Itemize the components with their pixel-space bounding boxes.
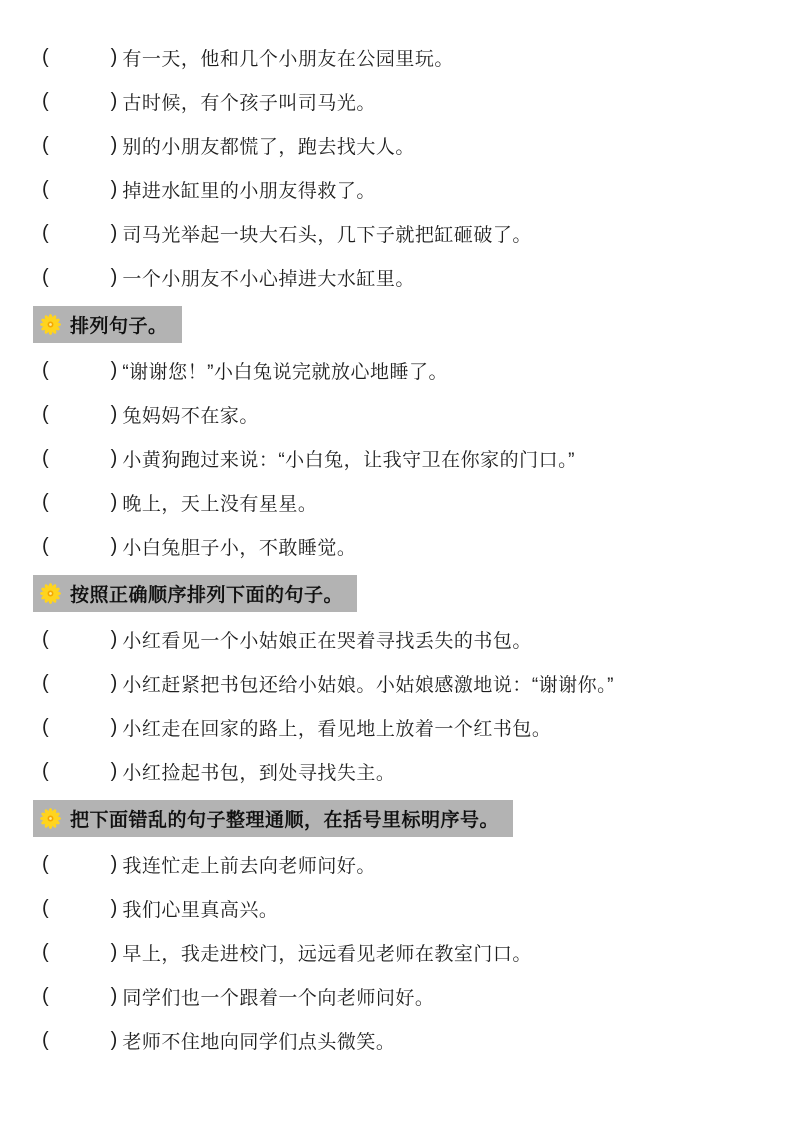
open-paren: ( bbox=[42, 941, 49, 964]
answer-blank bbox=[49, 524, 111, 568]
sentence-text: 小黄狗跑过来说：“小白兔，让我守卫在你家的门口。” bbox=[122, 445, 575, 472]
close-paren: ) bbox=[111, 134, 118, 157]
close-paren: ) bbox=[111, 672, 118, 695]
answer-blank bbox=[49, 617, 111, 661]
answer-blank bbox=[49, 211, 111, 255]
answer-blank bbox=[49, 1018, 111, 1062]
sentence-row: ()小红赶紧把书包还给小姑娘。小姑娘感激地说：“谢谢你。” bbox=[33, 661, 763, 705]
close-paren: ) bbox=[111, 359, 118, 382]
open-paren: ( bbox=[42, 359, 49, 382]
section-header: 按照正确顺序排列下面的句子。 bbox=[33, 575, 357, 612]
sentence-text: 我们心里真高兴。 bbox=[122, 895, 278, 922]
sentence-text: 我连忙走上前去向老师问好。 bbox=[122, 851, 376, 878]
close-paren: ) bbox=[111, 941, 118, 964]
answer-blank bbox=[49, 35, 111, 79]
answer-blank bbox=[49, 436, 111, 480]
worksheet-page: ()有一天，他和几个小朋友在公园里玩。()古时候，有个孩子叫司马光。()别的小朋… bbox=[0, 0, 793, 1122]
open-paren: ( bbox=[42, 134, 49, 157]
open-paren: ( bbox=[42, 222, 49, 245]
close-paren: ) bbox=[111, 178, 118, 201]
sentence-text: 古时候，有个孩子叫司马光。 bbox=[122, 88, 376, 115]
close-paren: ) bbox=[111, 985, 118, 1008]
close-paren: ) bbox=[111, 716, 118, 739]
sentence-text: 司马光举起一块大石头，几下子就把缸砸破了。 bbox=[122, 220, 532, 247]
open-paren: ( bbox=[42, 90, 49, 113]
sentence-text: 早上，我走进校门，远远看见老师在教室门口。 bbox=[122, 939, 532, 966]
open-paren: ( bbox=[42, 1029, 49, 1052]
answer-blank bbox=[49, 705, 111, 749]
flower-icon bbox=[40, 808, 61, 829]
close-paren: ) bbox=[111, 222, 118, 245]
answer-blank bbox=[49, 842, 111, 886]
sentence-row: ()我连忙走上前去向老师问好。 bbox=[33, 842, 763, 886]
answer-blank bbox=[49, 255, 111, 299]
sentence-row: ()老师不住地向同学们点头微笑。 bbox=[33, 1018, 763, 1062]
sentence-text: 小红捡起书包，到处寻找失主。 bbox=[122, 758, 395, 785]
sentence-text: 兔妈妈不在家。 bbox=[122, 401, 259, 428]
sentence-row: ()兔妈妈不在家。 bbox=[33, 392, 763, 436]
sentence-row: ()有一天，他和几个小朋友在公园里玩。 bbox=[33, 35, 763, 79]
sentence-row: ()晚上，天上没有星星。 bbox=[33, 480, 763, 524]
answer-blank bbox=[49, 661, 111, 705]
open-paren: ( bbox=[42, 266, 49, 289]
open-paren: ( bbox=[42, 46, 49, 69]
section-header: 排列句子。 bbox=[33, 306, 182, 343]
sentence-text: 同学们也一个跟着一个向老师问好。 bbox=[122, 983, 434, 1010]
open-paren: ( bbox=[42, 716, 49, 739]
section-header-wrap: 排列句子。 bbox=[33, 306, 763, 343]
sentence-row: ()古时候，有个孩子叫司马光。 bbox=[33, 79, 763, 123]
answer-blank bbox=[49, 392, 111, 436]
sentence-row: ()小红看见一个小姑娘正在哭着寻找丢失的书包。 bbox=[33, 617, 763, 661]
sentence-text: 一个小朋友不小心掉进大水缸里。 bbox=[122, 264, 415, 291]
close-paren: ) bbox=[111, 266, 118, 289]
sentence-row: ()司马光举起一块大石头，几下子就把缸砸破了。 bbox=[33, 211, 763, 255]
sentence-text: 有一天，他和几个小朋友在公园里玩。 bbox=[122, 44, 454, 71]
sentence-row: ()早上，我走进校门，远远看见老师在教室门口。 bbox=[33, 930, 763, 974]
close-paren: ) bbox=[111, 760, 118, 783]
close-paren: ) bbox=[111, 897, 118, 920]
close-paren: ) bbox=[111, 1029, 118, 1052]
open-paren: ( bbox=[42, 672, 49, 695]
flower-icon bbox=[40, 583, 61, 604]
section-header: 把下面错乱的句子整理通顺，在括号里标明序号。 bbox=[33, 800, 513, 837]
section-header-label: 把下面错乱的句子整理通顺，在括号里标明序号。 bbox=[70, 805, 499, 832]
open-paren: ( bbox=[42, 491, 49, 514]
close-paren: ) bbox=[111, 491, 118, 514]
answer-blank bbox=[49, 974, 111, 1018]
open-paren: ( bbox=[42, 760, 49, 783]
sentence-row: ()小白兔胆子小，不敢睡觉。 bbox=[33, 524, 763, 568]
open-paren: ( bbox=[42, 178, 49, 201]
open-paren: ( bbox=[42, 628, 49, 651]
sentence-text: 晚上，天上没有星星。 bbox=[122, 489, 317, 516]
section-header-wrap: 把下面错乱的句子整理通顺，在括号里标明序号。 bbox=[33, 800, 763, 837]
flower-icon bbox=[40, 314, 61, 335]
sentence-text: 小白兔胆子小，不敢睡觉。 bbox=[122, 533, 356, 560]
sentence-text: 老师不住地向同学们点头微笑。 bbox=[122, 1027, 395, 1054]
sentence-row: ()别的小朋友都慌了，跑去找大人。 bbox=[33, 123, 763, 167]
open-paren: ( bbox=[42, 853, 49, 876]
sentence-text: 别的小朋友都慌了，跑去找大人。 bbox=[122, 132, 415, 159]
close-paren: ) bbox=[111, 853, 118, 876]
close-paren: ) bbox=[111, 90, 118, 113]
answer-blank bbox=[49, 480, 111, 524]
sentence-text: 小红看见一个小姑娘正在哭着寻找丢失的书包。 bbox=[122, 626, 532, 653]
worksheet-content: ()有一天，他和几个小朋友在公园里玩。()古时候，有个孩子叫司马光。()别的小朋… bbox=[0, 0, 793, 1062]
sentence-row: ()我们心里真高兴。 bbox=[33, 886, 763, 930]
sentence-text: 小红赶紧把书包还给小姑娘。小姑娘感激地说：“谢谢你。” bbox=[122, 670, 614, 697]
close-paren: ) bbox=[111, 535, 118, 558]
close-paren: ) bbox=[111, 628, 118, 651]
sentence-row: ()小黄狗跑过来说：“小白兔，让我守卫在你家的门口。” bbox=[33, 436, 763, 480]
close-paren: ) bbox=[111, 447, 118, 470]
close-paren: ) bbox=[111, 403, 118, 426]
open-paren: ( bbox=[42, 897, 49, 920]
sentence-row: ()“谢谢您！”小白兔说完就放心地睡了。 bbox=[33, 348, 763, 392]
open-paren: ( bbox=[42, 535, 49, 558]
sentence-row: ()小红走在回家的路上，看见地上放着一个红书包。 bbox=[33, 705, 763, 749]
answer-blank bbox=[49, 749, 111, 793]
answer-blank bbox=[49, 123, 111, 167]
sentence-text: “谢谢您！”小白兔说完就放心地睡了。 bbox=[122, 357, 448, 384]
answer-blank bbox=[49, 348, 111, 392]
sentence-row: ()一个小朋友不小心掉进大水缸里。 bbox=[33, 255, 763, 299]
sentence-row: ()小红捡起书包，到处寻找失主。 bbox=[33, 749, 763, 793]
section-header-label: 按照正确顺序排列下面的句子。 bbox=[70, 580, 343, 607]
answer-blank bbox=[49, 79, 111, 123]
open-paren: ( bbox=[42, 985, 49, 1008]
section-header-label: 排列句子。 bbox=[70, 311, 168, 338]
sentence-text: 掉进水缸里的小朋友得救了。 bbox=[122, 176, 376, 203]
open-paren: ( bbox=[42, 403, 49, 426]
section-header-wrap: 按照正确顺序排列下面的句子。 bbox=[33, 575, 763, 612]
sentence-row: ()同学们也一个跟着一个向老师问好。 bbox=[33, 974, 763, 1018]
close-paren: ) bbox=[111, 46, 118, 69]
answer-blank bbox=[49, 930, 111, 974]
answer-blank bbox=[49, 886, 111, 930]
answer-blank bbox=[49, 167, 111, 211]
open-paren: ( bbox=[42, 447, 49, 470]
sentence-text: 小红走在回家的路上，看见地上放着一个红书包。 bbox=[122, 714, 551, 741]
sentence-row: ()掉进水缸里的小朋友得救了。 bbox=[33, 167, 763, 211]
